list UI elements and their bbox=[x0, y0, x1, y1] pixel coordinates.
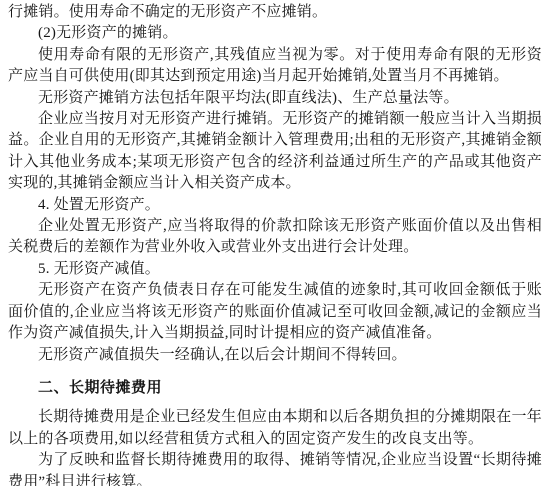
paragraph-impairment-no-reversal: 无形资产减值损失一经确认,在以后会计期间不得转回。 bbox=[8, 345, 542, 366]
paragraph-ltpe-definition: 长期待摊费用是企业已经发生但应由本期和以后各期负担的分摊期限在一年以上的各项费用… bbox=[8, 407, 542, 450]
paragraph-monthly-amortization: 企业应当按月对无形资产进行摊销。无形资产的摊销额一般应当计入当期损益。企业自用的… bbox=[8, 109, 542, 195]
paragraph-disposal-accounting: 企业处置无形资产,应当将取得的价款扣除该无形资产账面价值以及出售相关税费后的差额… bbox=[8, 216, 542, 259]
paragraph-continuation: 行摊销。使用寿命不确定的无形资产不应摊销。 bbox=[8, 2, 542, 23]
numbered-item-disposal: 4. 处置无形资产。 bbox=[8, 195, 542, 216]
paragraph-finite-life: 使用寿命有限的无形资产,其残值应当视为零。对于使用寿命有限的无形资产应当自可供使… bbox=[8, 45, 542, 88]
numbered-item-impairment: 5. 无形资产减值。 bbox=[8, 259, 542, 280]
document-page: 行摊销。使用寿命不确定的无形资产不应摊销。 (2)无形资产的摊销。 使用寿命有限… bbox=[0, 0, 547, 486]
paragraph-amortization-subheading: (2)无形资产的摊销。 bbox=[8, 23, 542, 44]
section-heading-long-term-prepaid-expenses: 二、长期待摊费用 bbox=[8, 377, 542, 398]
paragraph-ltpe-account: 为了反映和监督长期待摊费用的取得、摊销等情况,企业应当设置“长期待摊费用”科目进… bbox=[8, 450, 542, 486]
paragraph-amortization-methods: 无形资产摊销方法包括年限平均法(即直线法)、生产总量法等。 bbox=[8, 88, 542, 109]
paragraph-impairment-detail: 无形资产在资产负债表日存在可能发生减值的迹象时,其可收回金额低于账面价值的,企业… bbox=[8, 280, 542, 344]
